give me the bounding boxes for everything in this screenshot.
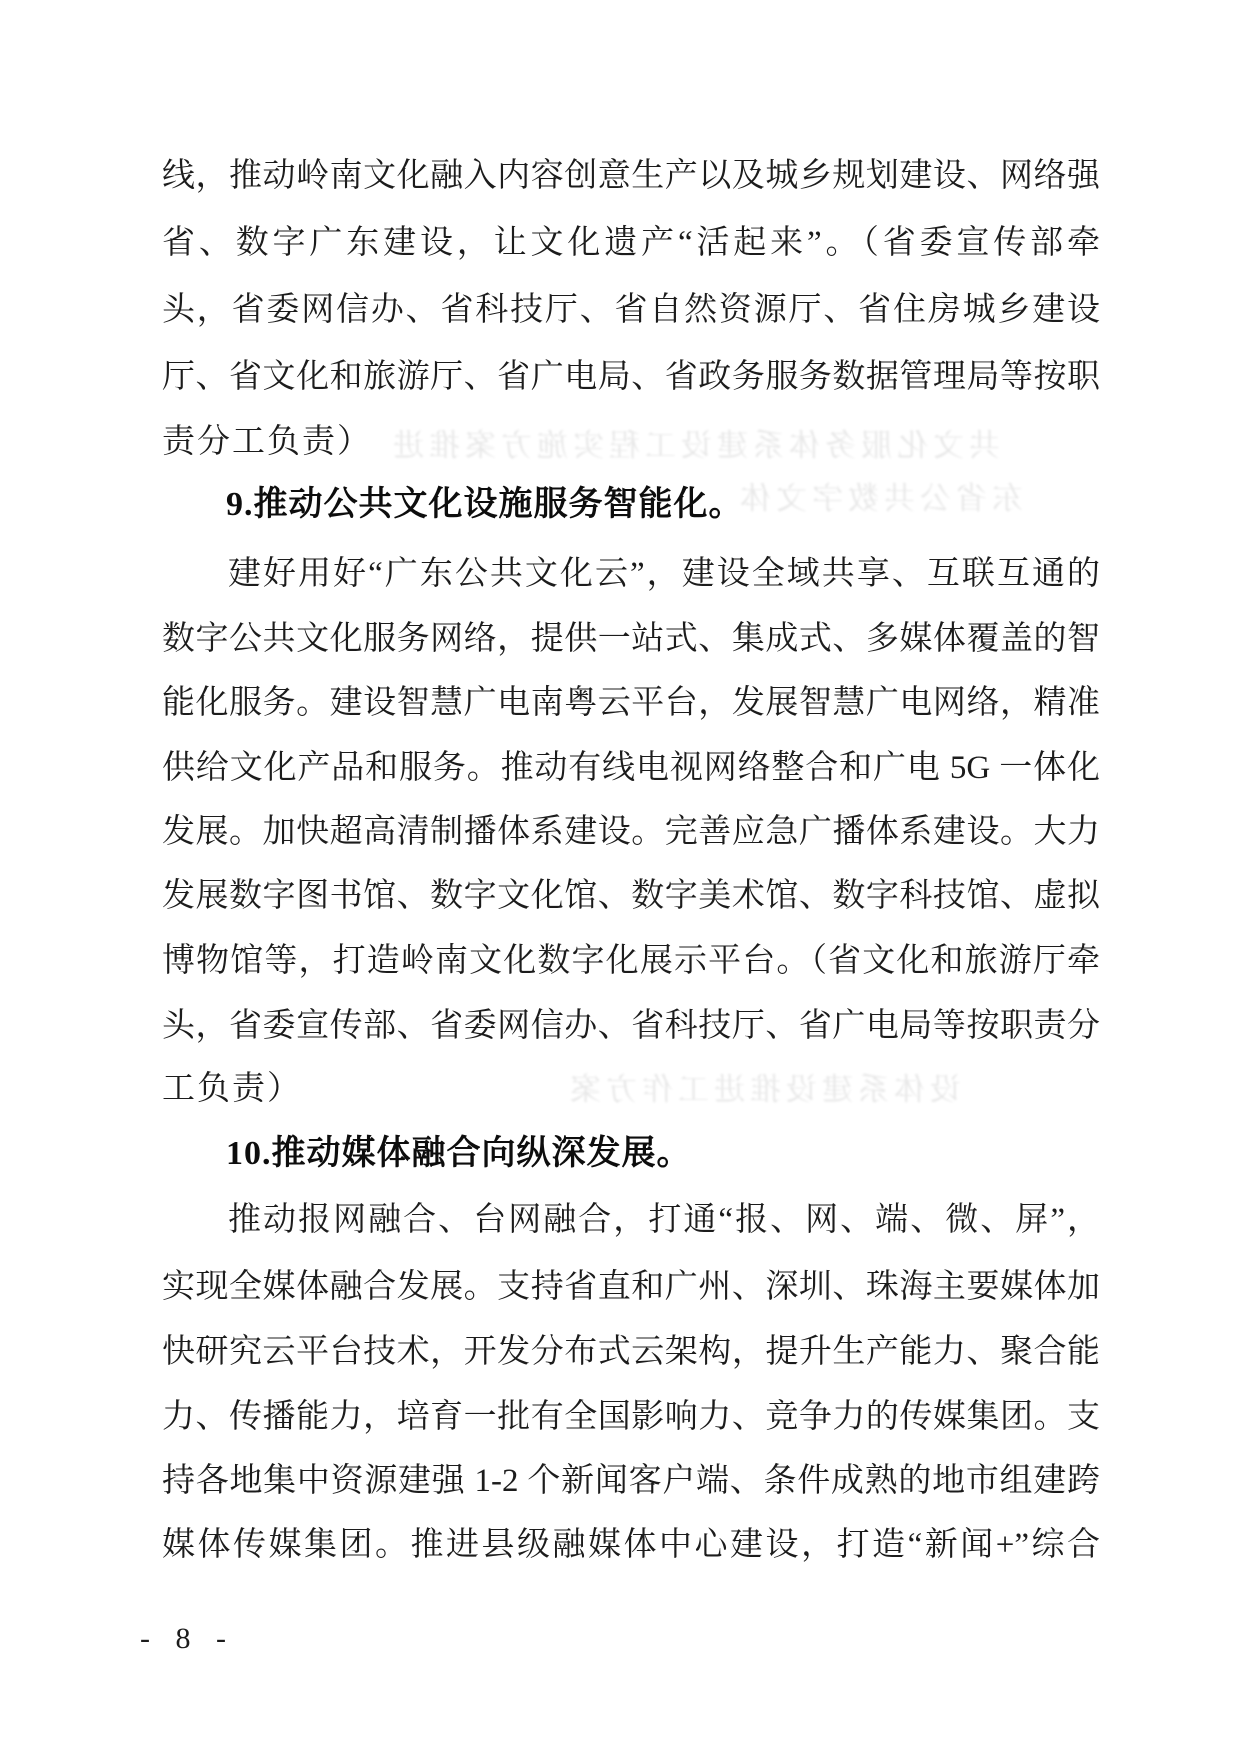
document-line: 实现全媒体融合发展。支持省直和广州、深圳、珠海主要媒体加 — [162, 1264, 1100, 1310]
document-line: 省、数字广东建设，让文化遗产“活起来”。（省委宣传部牵 — [162, 220, 1100, 266]
document-line: 持各地集中资源建强 1-2 个新闻客户端、条件成熟的地市组建跨 — [162, 1458, 1100, 1504]
bleed-through-text: 共文化服务体系建设工程实施方案推进 — [388, 420, 1000, 465]
document-line: 发展数字图书馆、数字文化馆、数字美术馆、数字科技馆、虚拟 — [162, 873, 1100, 919]
section-heading-10: 10.推动媒体融合向纵深发展。 — [226, 1131, 692, 1177]
document-line: 发展。加快超高清制播体系建设。完善应急广播体系建设。大力 — [162, 809, 1100, 855]
document-line: 媒体传媒集团。推进县级融媒体中心建设，打造“新闻+”综合 — [162, 1522, 1100, 1568]
page-number: - 8 - — [140, 1622, 235, 1656]
document-line: 线，推动岭南文化融入内容创意生产以及城乡规划建设、网络强 — [162, 153, 1100, 199]
document-line: 能化服务。建设智慧广电南粤云平台，发展智慧广电网络，精准 — [162, 680, 1100, 726]
document-line: 推动报网融合、台网融合，打通“报、网、端、微、屏”， — [162, 1197, 1100, 1243]
document-line: 工负责） — [162, 1066, 302, 1112]
document-line: 博物馆等，打造岭南文化数字化展示平台。（省文化和旅游厅牵 — [162, 938, 1100, 984]
section-heading-9: 9.推动公共文化设施服务智能化。 — [226, 482, 744, 528]
document-line: 供给文化产品和服务。推动有线电视网络整合和广电 5G 一体化 — [162, 745, 1100, 791]
bleed-through-text: 设体系建设推进工作方案 — [565, 1064, 961, 1109]
document-line: 头，省委宣传部、省委网信办、省科技厅、省广电局等按职责分 — [162, 1003, 1100, 1049]
document-line: 头，省委网信办、省科技厅、省自然资源厅、省住房城乡建设 — [162, 287, 1100, 333]
document-page: 共文化服务体系建设工程实施方案推进 东省公共数字文体 设体系建设推进工作方案 线… — [0, 0, 1240, 1755]
bleed-through-text: 东省公共数字文体 — [735, 473, 1023, 518]
document-line: 责分工负责） — [162, 419, 372, 465]
document-line: 力、传播能力，培育一批有全国影响力、竞争力的传媒集团。支 — [162, 1394, 1100, 1440]
document-line: 数字公共文化服务网络，提供一站式、集成式、多媒体覆盖的智 — [162, 616, 1100, 662]
document-line: 建好用好“广东公共文化云”，建设全域共享、互联互通的 — [162, 551, 1100, 597]
document-line: 厅、省文化和旅游厅、省广电局、省政务服务数据管理局等按职 — [162, 354, 1100, 400]
document-line: 快研究云平台技术，开发分布式云架构，提升生产能力、聚合能 — [162, 1329, 1100, 1375]
